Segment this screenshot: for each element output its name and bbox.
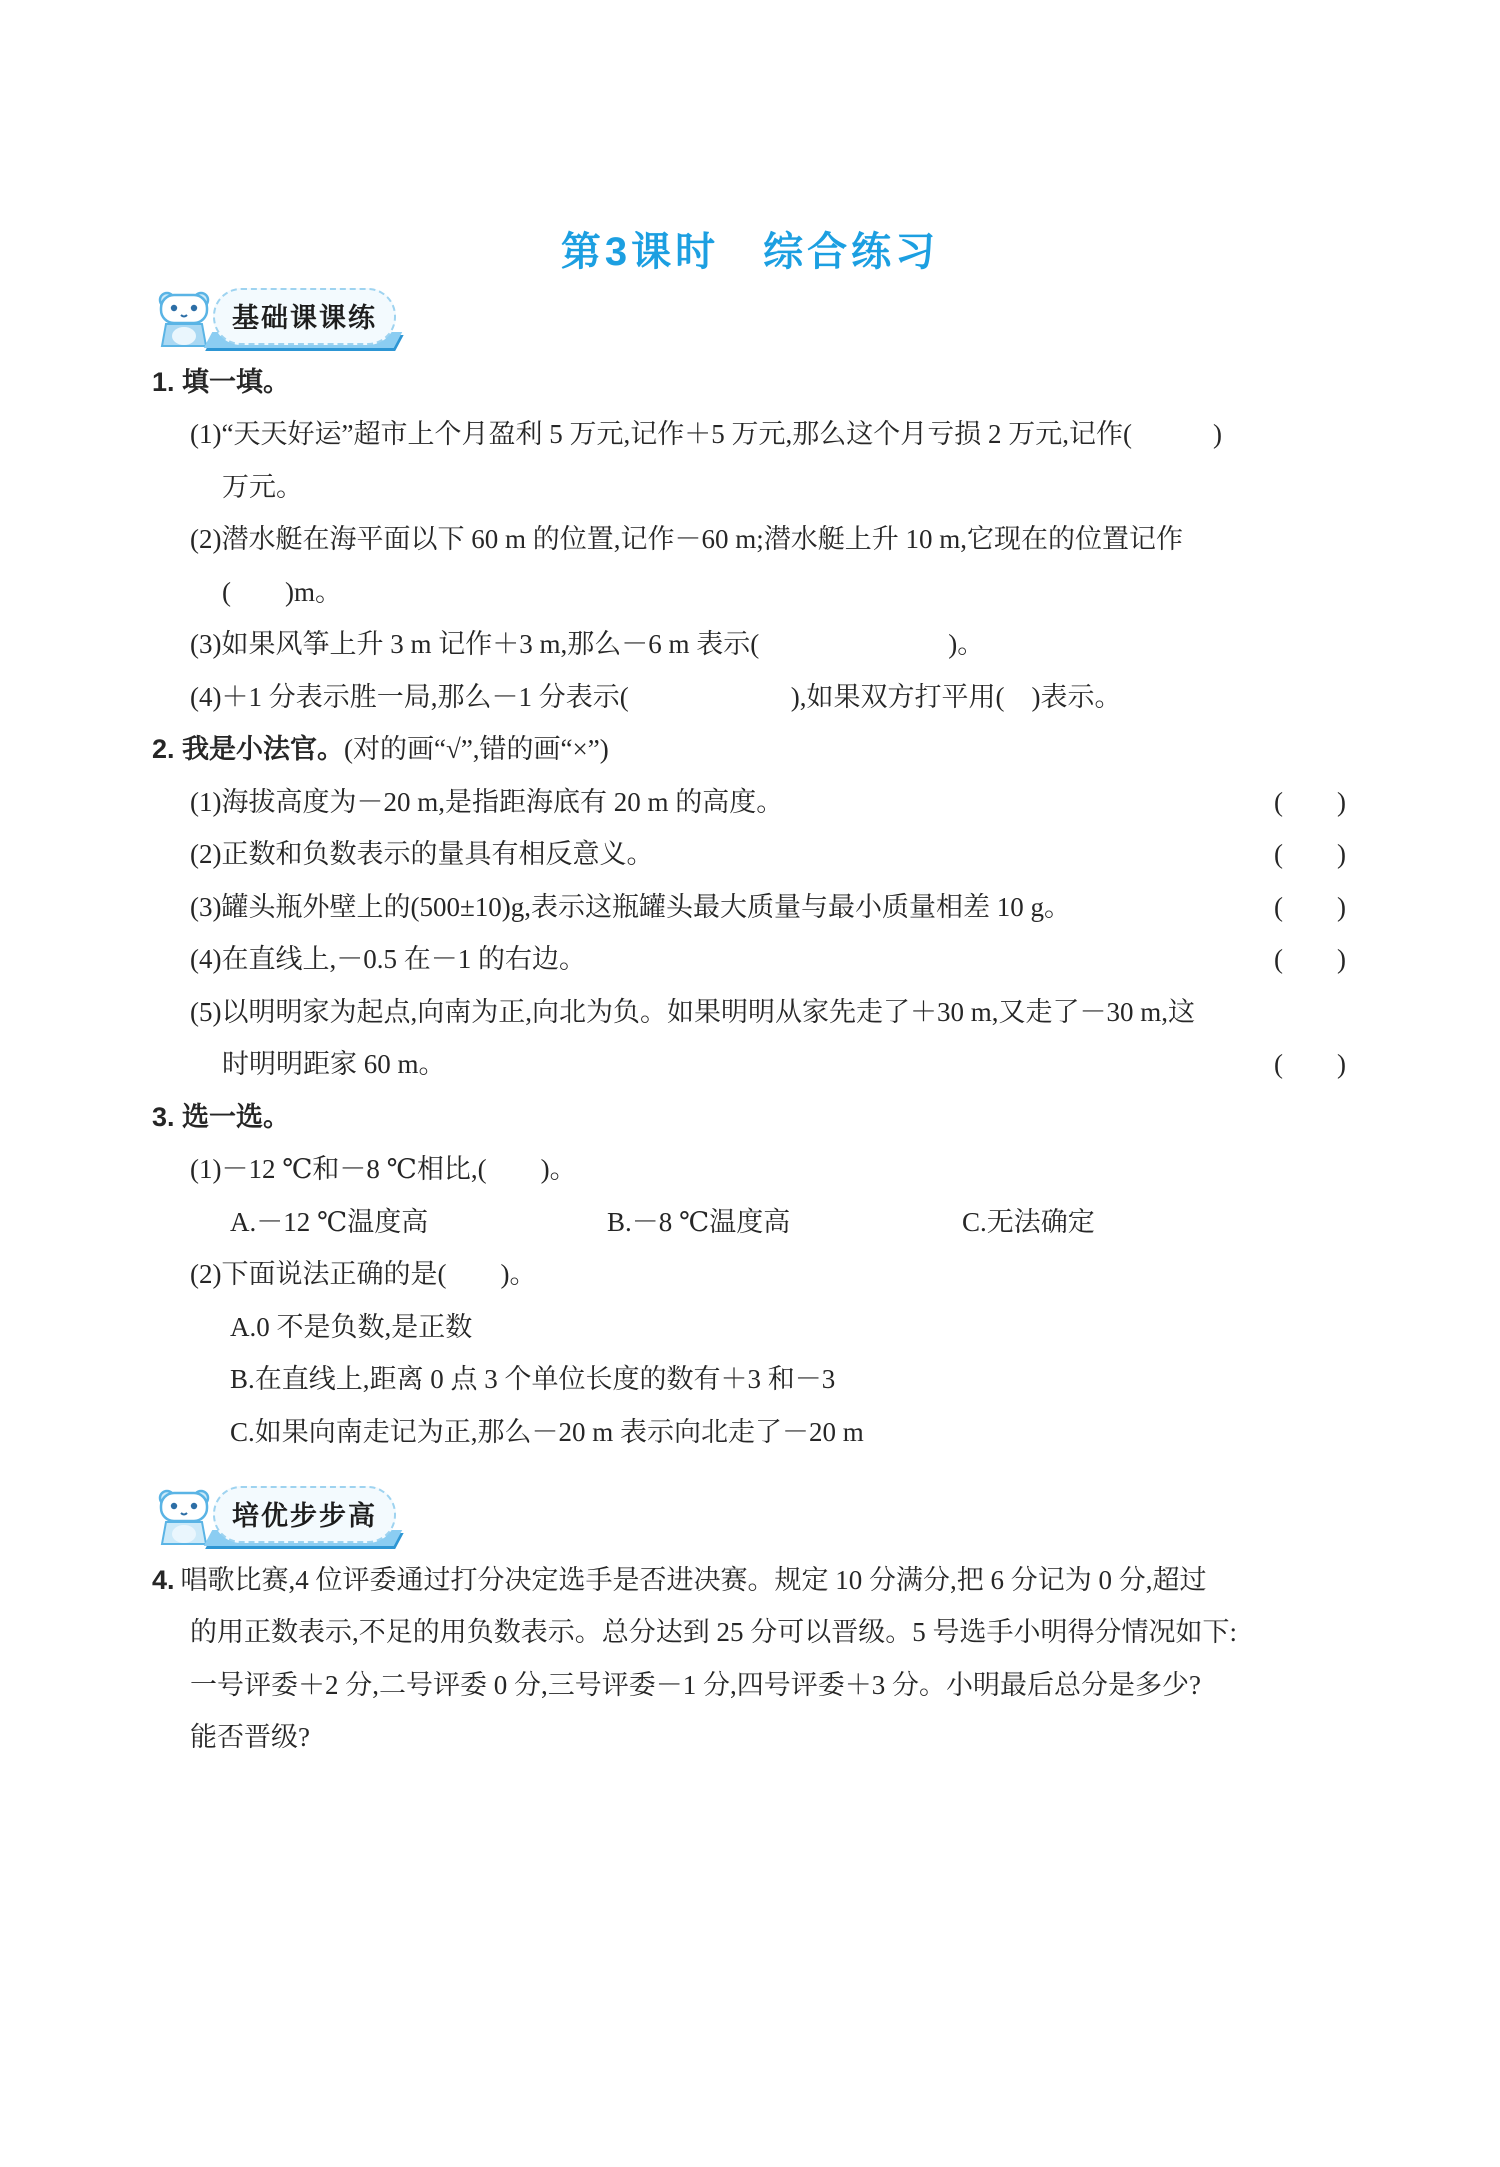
worksheet-line: 的用正数表示,不足的用负数表示。总分达到 25 分可以晋级。5 号选手小明得分情… xyxy=(152,1607,1404,1660)
worksheet-line: C.如果向南走记为正,那么－20 m 表示向北走了－20 m xyxy=(152,1406,1404,1459)
line-text: (4)＋1 分表示胜一局,那么－1 分表示( ),如果双方打平用( )表示。 xyxy=(190,682,1121,713)
worksheet-line: ( )m。 xyxy=(152,566,1404,619)
line-text: (1)海拔高度为－20 m,是指距海底有 20 m 的高度。 xyxy=(190,787,783,818)
worksheet-line: 1. 填一填。 xyxy=(152,356,1404,409)
line-text: C.如果向南走记为正,那么－20 m 表示向北走了－20 m xyxy=(230,1417,864,1448)
worksheet-line: (4)在直线上,－0.5 在－1 的右边。( ) xyxy=(152,934,1404,987)
worksheet-line: (5)以明明家为起点,向南为正,向北为负。如果明明从家先走了＋30 m,又走了－… xyxy=(152,986,1404,1039)
line-text: (3)如果风筝上升 3 m 记作＋3 m,那么－6 m 表示( )。 xyxy=(190,629,984,660)
worksheet-line: 时明明距家 60 m。( ) xyxy=(152,1039,1404,1092)
page-title: 第3课时 综合练习 xyxy=(0,220,1500,277)
line-text: (3)罐头瓶外壁上的(500±10)g,表示这瓶罐头最大质量与最小质量相差 10… xyxy=(190,892,1071,923)
answer-blank: ( ) xyxy=(1274,892,1346,923)
answer-blank: ( ) xyxy=(1274,839,1346,870)
bear-icon xyxy=(158,290,210,348)
line-text: (4)在直线上,－0.5 在－1 的右边。 xyxy=(190,944,586,975)
line-text: ( )m。 xyxy=(222,577,342,608)
worksheet-line: (4)＋1 分表示胜一局,那么－1 分表示( ),如果双方打平用( )表示。 xyxy=(152,671,1404,724)
line-text: A.0 不是负数,是正数 xyxy=(230,1312,472,1343)
line-text: (5)以明明家为起点,向南为正,向北为负。如果明明从家先走了＋30 m,又走了－… xyxy=(190,997,1195,1028)
worksheet-line: 3. 选一选。 xyxy=(152,1091,1404,1144)
answer-blank: ( ) xyxy=(1274,1049,1346,1080)
worksheet-line: (3)罐头瓶外壁上的(500±10)g,表示这瓶罐头最大质量与最小质量相差 10… xyxy=(152,881,1404,934)
line-text: (2)正数和负数表示的量具有相反意义。 xyxy=(190,839,653,870)
worksheet-line: (2)潜水艇在海平面以下 60 m 的位置,记作－60 m;潜水艇上升 10 m… xyxy=(152,514,1404,567)
line-text: 能否晋级? xyxy=(190,1722,310,1753)
line-text: (2)潜水艇在海平面以下 60 m 的位置,记作－60 m;潜水艇上升 10 m… xyxy=(190,524,1183,555)
worksheet-line: B.在直线上,距离 0 点 3 个单位长度的数有＋3 和－3 xyxy=(152,1354,1404,1407)
worksheet-line: 2. 我是小法官。(对的画“√”,错的画“×”) xyxy=(152,724,1404,777)
worksheet-line: (1)“天天好运”超市上个月盈利 5 万元,记作＋5 万元,那么这个月亏损 2 … xyxy=(152,409,1404,462)
answer-blank: ( ) xyxy=(1274,944,1346,975)
line-note: (对的画“√”,错的画“×”) xyxy=(344,734,609,765)
worksheet-line: A.－12 ℃温度高B.－8 ℃温度高C.无法确定 xyxy=(152,1196,1404,1249)
line-text: 2. 我是小法官。 xyxy=(152,734,344,765)
badge-label: 基础课课练 xyxy=(213,288,396,345)
worksheet-line: (2)正数和负数表示的量具有相反意义。( ) xyxy=(152,829,1404,882)
worksheet-line: 4.唱歌比赛,4 位评委通过打分决定选手是否进决赛。规定 10 分满分,把 6 … xyxy=(152,1554,1404,1607)
line-text: (1)“天天好运”超市上个月盈利 5 万元,记作＋5 万元,那么这个月亏损 2 … xyxy=(190,419,1222,450)
worksheet-line: (3)如果风筝上升 3 m 记作＋3 m,那么－6 m 表示( )。 xyxy=(152,619,1404,672)
worksheet-line: (1)海拔高度为－20 m,是指距海底有 20 m 的高度。( ) xyxy=(152,776,1404,829)
question-number: 4. xyxy=(152,1565,175,1596)
worksheet-line: 一号评委＋2 分,二号评委 0 分,三号评委－1 分,四号评委＋3 分。小明最后… xyxy=(152,1659,1404,1712)
bear-icon xyxy=(158,1488,210,1546)
line-text: 唱歌比赛,4 位评委通过打分决定选手是否进决赛。规定 10 分满分,把 6 分记… xyxy=(181,1565,1207,1596)
line-text: 的用正数表示,不足的用负数表示。总分达到 25 分可以晋级。5 号选手小明得分情… xyxy=(190,1617,1237,1648)
option-col: C.无法确定 xyxy=(962,1207,1095,1238)
line-text: 1. 填一填。 xyxy=(152,367,290,398)
worksheet-line: (1)－12 ℃和－8 ℃相比,( )。 xyxy=(152,1144,1404,1197)
worksheet-line: (2)下面说法正确的是( )。 xyxy=(152,1249,1404,1302)
section-advanced-content: 4.唱歌比赛,4 位评委通过打分决定选手是否进决赛。规定 10 分满分,把 6 … xyxy=(152,1554,1404,1764)
line-text: 万元。 xyxy=(222,472,303,503)
worksheet-line: 万元。 xyxy=(152,461,1404,514)
worksheet-line: A.0 不是负数,是正数 xyxy=(152,1301,1404,1354)
worksheet-line: 能否晋级? xyxy=(152,1712,1404,1765)
option-col: B.－8 ℃温度高 xyxy=(607,1207,962,1238)
line-text: 时明明距家 60 m。 xyxy=(222,1049,446,1080)
line-text: 一号评委＋2 分,二号评委 0 分,三号评委－1 分,四号评委＋3 分。小明最后… xyxy=(190,1670,1201,1701)
badge-label: 培优步步高 xyxy=(213,1486,396,1543)
line-text: B.在直线上,距离 0 点 3 个单位长度的数有＋3 和－3 xyxy=(230,1364,835,1395)
section-basic-content: 1. 填一填。(1)“天天好运”超市上个月盈利 5 万元,记作＋5 万元,那么这… xyxy=(152,356,1404,1459)
option-col: A.－12 ℃温度高 xyxy=(230,1207,607,1238)
answer-blank: ( ) xyxy=(1274,787,1346,818)
line-text: 3. 选一选。 xyxy=(152,1102,290,1133)
line-text: (2)下面说法正确的是( )。 xyxy=(190,1259,536,1290)
line-text: (1)－12 ℃和－8 ℃相比,( )。 xyxy=(190,1154,577,1185)
